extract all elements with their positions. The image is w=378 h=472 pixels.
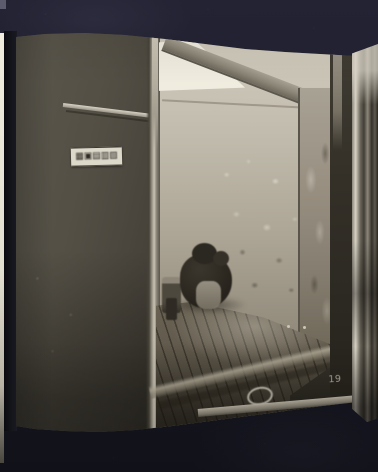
door-edge-highlight xyxy=(152,30,158,150)
figure-light-cloth xyxy=(196,281,221,309)
door-sign: ▦▣▤▥▧ xyxy=(71,146,122,166)
dark-door xyxy=(10,28,162,432)
floor-dot xyxy=(303,326,306,329)
right-frame-highlight xyxy=(333,40,342,150)
small-props-dark xyxy=(166,298,177,320)
book-fore-edge-pages xyxy=(352,44,378,422)
book-page: ▦▣▤▥▧ 19 xyxy=(0,0,378,472)
floor-dot xyxy=(287,325,290,328)
book-photo-scene: ▦▣▤▥▧ 19 xyxy=(0,0,378,472)
page-number: 19 xyxy=(324,373,347,387)
book-gutter-shadow xyxy=(4,31,17,431)
corner-glint xyxy=(0,0,6,9)
second-figure-head xyxy=(213,251,229,266)
door-sign-text: ▦▣▤▥▧ xyxy=(75,151,118,162)
